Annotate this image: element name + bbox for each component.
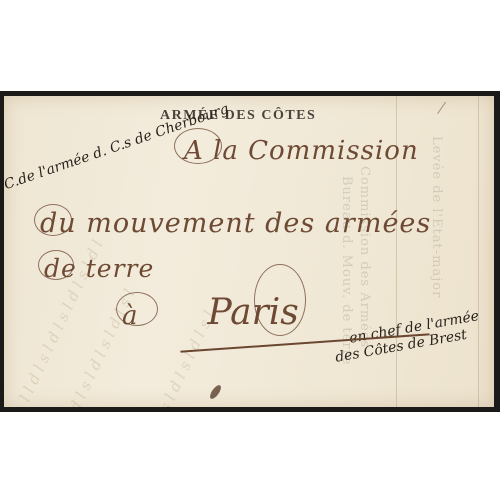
pencil-tick-mark (429, 96, 446, 114)
ink-blot (208, 383, 223, 400)
address-line-2: du mouvement des armées (40, 208, 431, 239)
historic-letter-cover: l l d l s l d l s l d l s l d l d l s l … (4, 96, 494, 407)
address-line-3: de terre (44, 254, 154, 283)
show-through-print: Commission des Armées (357, 166, 372, 348)
fold-line (478, 96, 479, 407)
address-line-1: A la Commission (184, 136, 419, 166)
address-line-4: àParis (122, 292, 299, 333)
address-prefix: à (122, 301, 138, 331)
address-city: Paris (208, 292, 299, 333)
photo-scene: l l d l s l d l s l d l s l d l d l s l … (0, 0, 500, 500)
